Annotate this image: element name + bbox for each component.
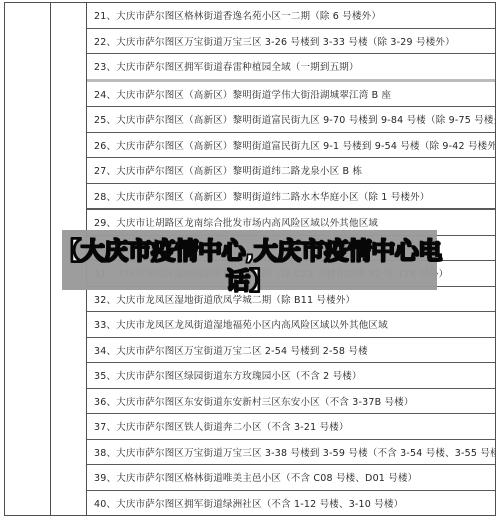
table-row: 32、大庆市龙凤区湿地街道欣凤学城二期（除 B11 号楼外） bbox=[87, 287, 495, 313]
row-text: 33、大庆市龙凤区龙凤街道湿地福苑小区内高风险区域以外其他区域 bbox=[94, 317, 388, 331]
row-text: 34、大庆市萨尔图区万宝街道万宝二区 2-54 号楼到 2-58 号楼 bbox=[94, 343, 368, 357]
row-text: 22、大庆市萨尔图区万宝街道万宝三区 3-26 号楼到 3-33 号楼（除 3-… bbox=[94, 34, 455, 48]
table-row: 28、大庆市萨尔图区（高新区）黎明街道纬二路水木华庭小区（除 1 号楼外） bbox=[87, 184, 495, 211]
table-row: 21、大庆市萨尔图区格林街道香逸名苑小区一二期（除 6 号楼外） bbox=[87, 3, 495, 29]
watermark-overlay: 【大庆市疫情中心,大庆市疫情中心电 话】 bbox=[62, 230, 437, 290]
table-row: 39、大庆市萨尔图区格林街道唯美主邑小区（不含 C08 号楼、D01 号楼） bbox=[87, 465, 495, 491]
row-text: 23、大庆市萨尔图区拥军街道春雷种植园全域（一期到五期） bbox=[94, 59, 359, 73]
row-text: 39、大庆市萨尔图区格林街道唯美主邑小区（不含 C08 号楼、D01 号楼） bbox=[94, 470, 417, 484]
watermark-text-line2: 话】 bbox=[226, 266, 273, 296]
table-row: 23、大庆市萨尔图区拥军街道春雷种植园全域（一期到五期） bbox=[87, 54, 495, 82]
row-text: 21、大庆市萨尔图区格林街道香逸名苑小区一二期（除 6 号楼外） bbox=[94, 8, 381, 22]
table-row: 34、大庆市萨尔图区万宝街道万宝二区 2-54 号楼到 2-58 号楼 bbox=[87, 338, 495, 364]
table-row: 35、大庆市萨尔图区绿园街道东方玫瑰园小区（不含 2 号楼） bbox=[87, 363, 495, 389]
table-row: 24、大庆市萨尔图区（高新区）黎明街道学伟大街沿湖城翠江湾 B 座 bbox=[87, 82, 495, 108]
table-row: 27、大庆市萨尔图区（高新区）黎明街道纬二路龙泉小区 B 栋 bbox=[87, 158, 495, 184]
table-row: 37、大庆市萨尔图区铁人街道奔二小区（不含 3-21 号楼） bbox=[87, 414, 495, 440]
row-text: 27、大庆市萨尔图区（高新区）黎明街道纬二路龙泉小区 B 栋 bbox=[94, 163, 362, 177]
row-text: 24、大庆市萨尔图区（高新区）黎明街道学伟大街沿湖城翠江湾 B 座 bbox=[94, 87, 391, 101]
row-text: 29、大庆市让胡路区龙南综合批发市场内高风险区域以外其他区域 bbox=[94, 215, 378, 229]
table-row: 26、大庆市萨尔图区（高新区）黎明街道富民街九区 9-1 号楼到 9-54 号楼… bbox=[87, 133, 495, 159]
table-left-column-1 bbox=[5, 3, 51, 515]
row-text: 40、大庆市萨尔图区拥军街道绿洲社区（不含 1-12 号楼、3-10 号楼） bbox=[94, 496, 403, 510]
row-text: 35、大庆市萨尔图区绿园街道东方玫瑰园小区（不含 2 号楼） bbox=[94, 368, 362, 382]
row-text: 28、大庆市萨尔图区（高新区）黎明街道纬二路水木华庭小区（除 1 号楼外） bbox=[94, 189, 430, 203]
row-text: 37、大庆市萨尔图区铁人街道奔二小区（不含 3-21 号楼） bbox=[94, 419, 349, 433]
table-row: 22、大庆市萨尔图区万宝街道万宝三区 3-26 号楼到 3-33 号楼（除 3-… bbox=[87, 29, 495, 55]
page: 21、大庆市萨尔图区格林街道香逸名苑小区一二期（除 6 号楼外） 22、大庆市萨… bbox=[0, 0, 500, 521]
row-text: 32、大庆市龙凤区湿地街道欣凤学城二期（除 B11 号楼外） bbox=[94, 292, 355, 306]
row-text: 26、大庆市萨尔图区（高新区）黎明街道富民街九区 9-1 号楼到 9-54 号楼… bbox=[94, 138, 495, 152]
table-row: 36、大庆市萨尔图区东安街道东安新村三区东安小区（不含 3-37B 号楼） bbox=[87, 389, 495, 415]
table-row: 33、大庆市龙凤区龙凤街道湿地福苑小区内高风险区域以外其他区域 bbox=[87, 312, 495, 338]
table-row: 25、大庆市萨尔图区（高新区）黎明街道富民街九区 9-70 号楼到 9-84 号… bbox=[87, 107, 495, 133]
row-text: 38、大庆市萨尔图区万宝街道万宝三区 3-38 号楼到 3-59 号楼（不含 3… bbox=[94, 445, 495, 459]
row-text: 36、大庆市萨尔图区东安街道东安新村三区东安小区（不含 3-37B 号楼） bbox=[94, 394, 414, 408]
watermark-text-line1: 【大庆市疫情中心,大庆市疫情中心电 bbox=[57, 236, 442, 266]
table-row: 40、大庆市萨尔图区拥军街道绿洲社区（不含 1-12 号楼、3-10 号楼） bbox=[87, 491, 495, 516]
table-row: 38、大庆市萨尔图区万宝街道万宝三区 3-38 号楼到 3-59 号楼（不含 3… bbox=[87, 440, 495, 466]
row-text: 25、大庆市萨尔图区（高新区）黎明街道富民街九区 9-70 号楼到 9-84 号… bbox=[94, 112, 495, 126]
